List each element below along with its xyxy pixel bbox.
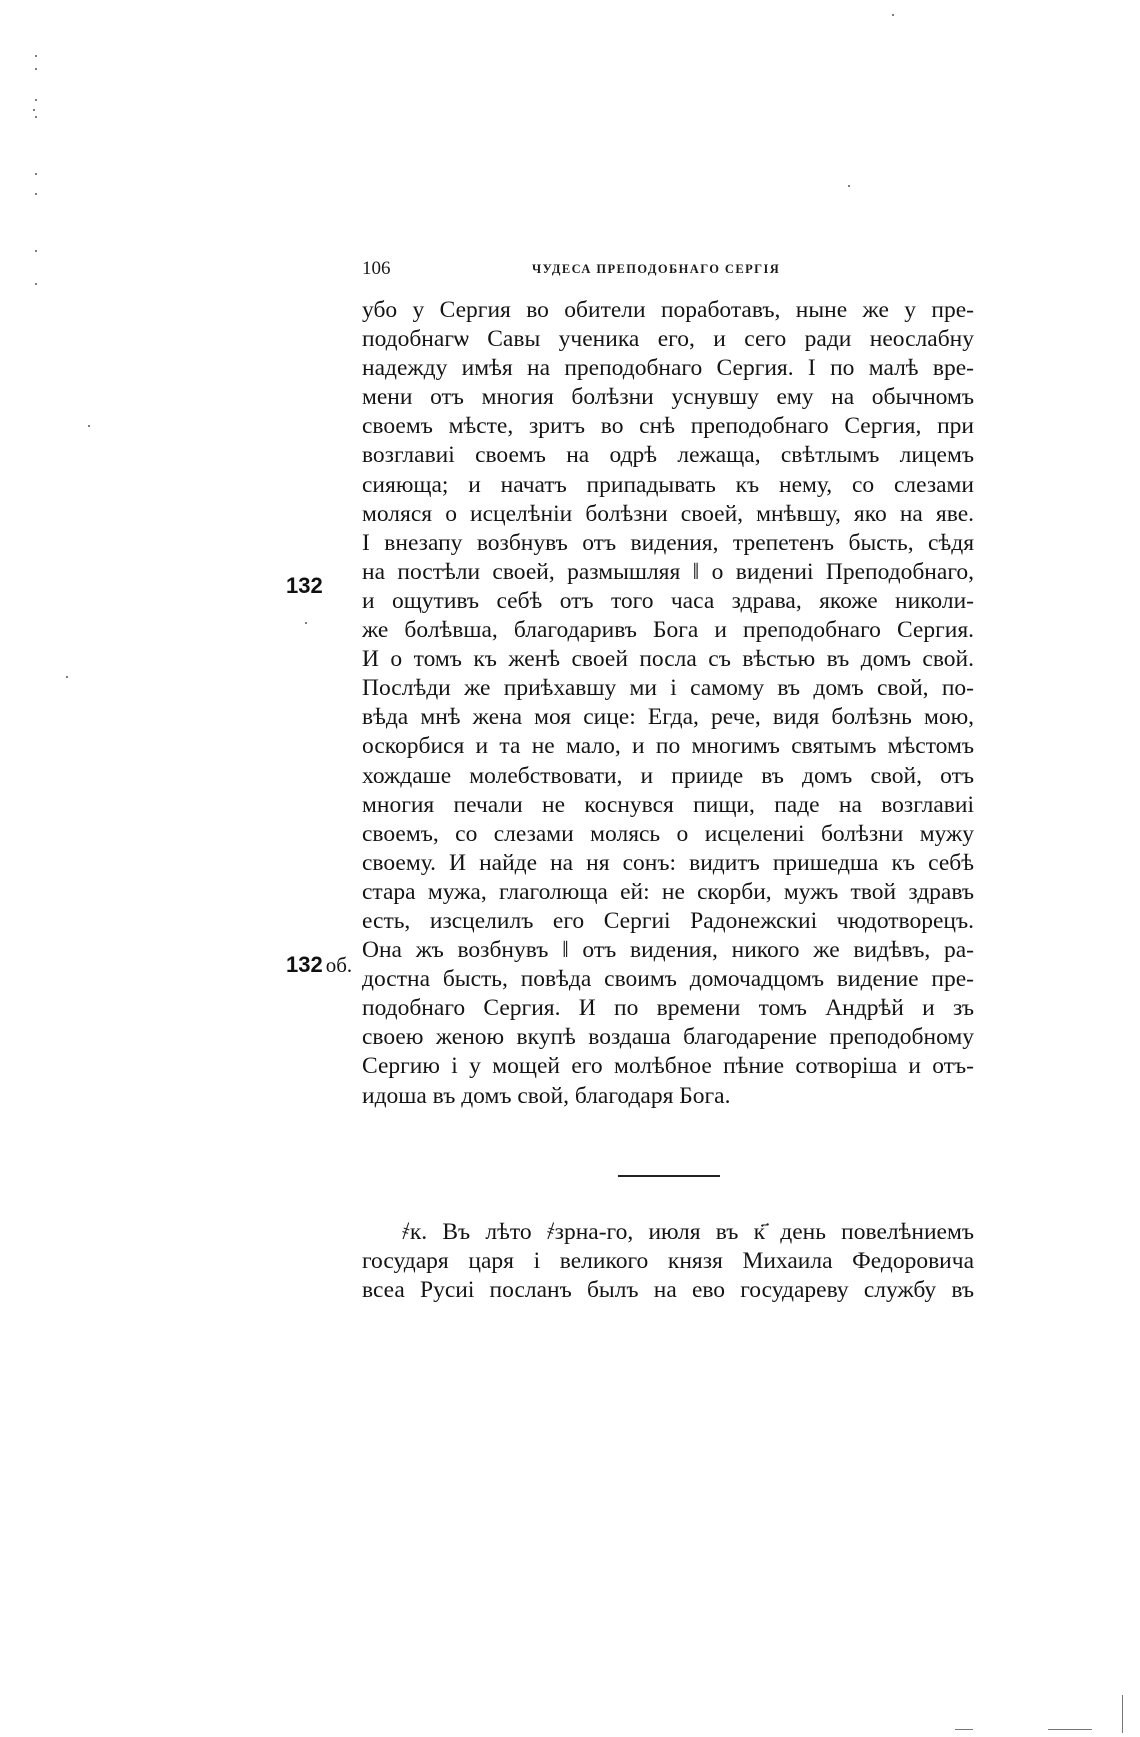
scan-speck (305, 622, 307, 624)
running-title: ЧУДЕСА ПРЕПОДОБНАГО СЕРГІЯ (532, 262, 780, 277)
folio-suffix: об. (326, 953, 352, 977)
text-line: оскорбися и та не мало, и по многимъ свя… (362, 732, 974, 761)
running-head: 106 ЧУДЕСА ПРЕПОДОБНАГО СЕРГІЯ (362, 258, 972, 280)
scan-edge-mark (955, 1729, 973, 1730)
text-line: Она жъ возбнувъ ‖ отъ видения, никого же… (362, 936, 974, 965)
text-line: мени отъ многия болѣзни уснувшу ему на о… (362, 383, 974, 412)
text-line: возглавиі своемъ на одрѣ лежаща, свѣтлым… (362, 441, 974, 470)
main-text-block: убо у Сергия во обители поработавъ, ныне… (362, 296, 974, 1111)
text-line: на постѣли своей, размышляя ‖ о видениі … (362, 558, 974, 587)
page-number: 106 (362, 258, 391, 280)
section-heading-line: ҂к. Въ лѣто ҂зрна-го, июля въ к҃ день по… (362, 1218, 974, 1247)
text-line: своею женою вкупѣ воздаша благодарение п… (362, 1023, 974, 1052)
scan-speck (33, 109, 35, 111)
folio-number: 132 (286, 573, 323, 598)
scan-speck (35, 116, 37, 118)
text-line: подобнагѡ Савы ученика его, и сего ради … (362, 325, 974, 354)
text-line: убо у Сергия во обители поработавъ, ныне… (362, 296, 974, 325)
text-line: достна бысть, повѣда своимъ домочадцомъ … (362, 965, 974, 994)
text-line: Сергию і у мощей его молѣбное пѣние сотв… (362, 1052, 974, 1081)
text-line: хождаше молебствовати, и прииде въ домъ … (362, 762, 974, 791)
scan-speck (35, 99, 37, 101)
text-line: же болѣвша, благодаривъ Бога и преподобн… (362, 616, 974, 645)
text-line: многия печали не коснувся пищи, паде на … (362, 791, 974, 820)
scan-edge-mark (1048, 1729, 1092, 1730)
text-line: всеа Русиі посланъ былъ на ево государев… (362, 1276, 974, 1305)
text-line: надежду имѣя на преподобнаго Сергия. І п… (362, 354, 974, 383)
text-line: государя царя і великого князя Михаила Ф… (362, 1247, 974, 1276)
scan-speck (88, 425, 90, 427)
text-line: І внезапу возбнувъ отъ видения, трепетен… (362, 529, 974, 558)
folio-number: 132 (286, 952, 323, 977)
scan-speck (35, 250, 37, 252)
text-line-final: идоша въ домъ свой, благодаря Бога. (362, 1082, 974, 1111)
scan-speck (35, 193, 37, 195)
text-line: своему. И найде на ня сонъ: видитъ прише… (362, 849, 974, 878)
text-line: есть, изсцелилъ его Сергиі Радонежскиі ч… (362, 907, 974, 936)
text-line: моляся о исцелѣніи болѣзни своей, мнѣвшу… (362, 500, 974, 529)
next-section-text-block: ҂к. Въ лѣто ҂зрна-го, июля въ к҃ день по… (362, 1218, 974, 1305)
text-line: сияюща; и начатъ припадывать къ нему, со… (362, 471, 974, 500)
scan-edge-mark (1122, 1695, 1123, 1733)
text-line: вѣда мнѣ жена моя сице: Егда, рече, видя… (362, 703, 974, 732)
scan-speck (35, 283, 37, 285)
scan-speck (848, 185, 850, 187)
text-line: своемъ мѣсте, зритъ во снѣ преподобнаго … (362, 412, 974, 441)
text-line: Послѣди же приѣхавшу ми і самому въ домъ… (362, 674, 974, 703)
margin-folio-note: 132 (286, 573, 326, 599)
book-page: 106 ЧУДЕСА ПРЕПОДОБНАГО СЕРГІЯ 132 132об… (0, 0, 1140, 1737)
scan-speck (66, 676, 68, 678)
scan-speck (35, 173, 37, 175)
text-line: стара мужа, глаголюща ей: не скорби, муж… (362, 878, 974, 907)
text-line: подобнаго Сергия. И по времени томъ Андр… (362, 994, 974, 1023)
section-divider-rule (618, 1175, 720, 1177)
scan-speck (892, 14, 894, 16)
text-line: И о томъ къ женѣ своей посла съ вѣстью в… (362, 645, 974, 674)
scan-speck (35, 55, 37, 57)
scan-speck (35, 68, 37, 70)
text-line: и ощутивъ себѣ отъ того часа здрава, яко… (362, 587, 974, 616)
margin-folio-note-verso: 132об. (286, 952, 352, 978)
text-line: своемъ, со слезами молясь о исцелениі бо… (362, 820, 974, 849)
